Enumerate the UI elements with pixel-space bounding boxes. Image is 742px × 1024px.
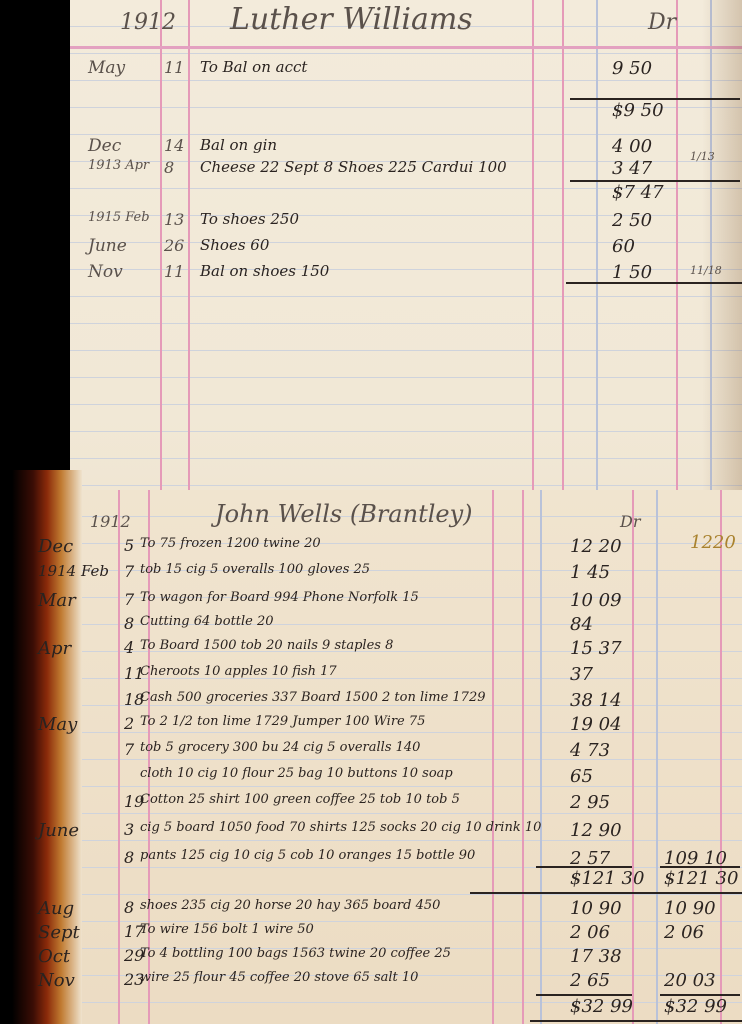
debit-amount: 4 73 [570,740,610,761]
credit-total: $121 30 [664,868,738,889]
debit-amount: 84 [570,614,593,635]
debit-amount: 10 90 [570,898,622,919]
credit-column-rule-lower [632,490,634,1024]
account-1-name: Luther Williams [230,2,473,37]
entry-month: 1913 Apr [88,158,149,173]
entry-month: June [88,236,127,256]
debit-amount: 19 04 [570,714,622,735]
account-2-year: 1912 [90,512,131,531]
entry-month: 1914 Feb [38,562,109,580]
account-2-credit-header: 1220 [690,532,736,553]
entry-description: To 4 bottling 100 bags 1563 twine 20 cof… [140,946,451,961]
entry-description: To shoes 250 [200,210,299,228]
entry-day: 26 [164,236,184,255]
entry-month: June [38,820,79,841]
entry-description: Cheese 22 Sept 8 Shoes 225 Cardui 100 [200,158,507,176]
entry-day: 7 [124,740,134,759]
debit-amount: 65 [570,766,593,787]
entry-description: To wagon for Board 994 Phone Norfolk 15 [140,590,419,605]
entry-month: Aug [38,898,74,919]
entry-day: 7 [124,590,134,609]
header-rule [70,46,742,49]
entry-description: Cutting 64 bottle 20 [140,614,274,629]
debit-amount: 37 [570,664,593,685]
debit-amount: 17 38 [570,946,622,967]
entry-description: wire 25 flour 45 coffee 20 stove 65 salt… [140,970,418,985]
debit-amount: 2 06 [570,922,610,943]
ledger-page-lower [30,490,742,1024]
account-1-year: 1912 [120,10,176,35]
entry-day: 3 [124,820,134,839]
debit-column-rule-lower [522,490,524,1024]
entry-description: tob 15 cig 5 overalls 100 gloves 25 [140,562,370,577]
date-column-rule-lower [118,490,120,1024]
side-note: 11/18 [690,264,722,277]
entry-total: $7 47 [612,182,664,203]
entry-day: 11 [164,58,184,77]
debit-amount: 12 90 [570,820,622,841]
closing-rule [530,1020,742,1022]
entry-description: Cotton 25 shirt 100 green coffee 25 tob … [140,792,460,807]
entry-month: Nov [38,970,75,991]
entry-month: Oct [38,946,70,967]
entry-day: 5 [124,536,134,555]
entry-month: Dec [38,536,73,557]
side-note: 1/13 [690,150,715,163]
credit-amount: 20 03 [664,970,716,991]
debit-total: $121 30 [570,868,644,889]
entry-month: Apr [38,638,71,659]
credit-amount: 10 90 [664,898,716,919]
entry-total: $9 50 [612,100,664,121]
credit-dollar-rule-lower [656,490,658,1024]
account-2-name: John Wells (Brantley) [215,500,473,528]
credit-total: $32 99 [664,996,727,1017]
desc-column-rule-lower [492,490,494,1024]
credit-end-rule-lower [720,490,722,1024]
entry-amount: 60 [612,236,635,257]
entry-month: Nov [88,262,123,282]
entry-day: 8 [164,158,174,177]
entry-day: 8 [124,614,134,633]
entry-description: To wire 156 bolt 1 wire 50 [140,922,314,937]
entry-description: To Board 1500 tob 20 nails 9 staples 8 [140,638,393,653]
entry-month: May [38,714,77,735]
account-1-side: Dr [648,10,676,35]
entry-description: cloth 10 cig 10 flour 25 bag 10 buttons … [140,766,453,781]
section-rule [470,892,742,894]
credit-amount: 2 06 [664,922,704,943]
entry-description: Bal on shoes 150 [200,262,329,280]
debit-amount: 12 20 [570,536,622,557]
entry-day: 11 [164,262,184,281]
debit-amount: 10 09 [570,590,622,611]
entry-day: 8 [124,848,134,867]
entry-description: pants 125 cig 10 cig 5 cob 10 oranges 15… [140,848,475,863]
entry-amount: 4 00 [612,136,652,157]
debit-amount: 38 14 [570,690,622,711]
entry-description: cig 5 board 1050 food 70 shirts 125 sock… [140,820,541,835]
closing-rule [566,282,742,284]
entry-amount: 1 50 [612,262,652,283]
debit-amount: 2 65 [570,970,610,991]
entry-day: 13 [164,210,184,229]
entry-day: 4 [124,638,134,657]
debit-total: $32 99 [570,996,633,1017]
entry-day: 14 [164,136,184,155]
entry-day: 7 [124,562,134,581]
entry-month: Mar [38,590,76,611]
entry-day: 2 [124,714,134,733]
debit-amount: 15 37 [570,638,622,659]
debit-amount: 2 95 [570,792,610,813]
entry-amount: 2 50 [612,210,652,231]
entry-description: Shoes 60 [200,236,269,254]
entry-description: To 75 frozen 1200 twine 20 [140,536,321,551]
entry-month: 1915 Feb [88,210,150,225]
entry-description: Bal on gin [200,136,277,154]
entry-description: tob 5 grocery 300 bu 24 cig 5 overalls 1… [140,740,420,755]
entry-month: May [88,58,125,78]
ruled-lines-lower [30,490,742,1024]
entry-description: Cheroots 10 apples 10 fish 17 [140,664,337,679]
entry-description: To Bal on acct [200,58,307,76]
entry-month: Sept [38,922,80,943]
entry-amount: 3 47 [612,158,652,179]
entry-description: shoes 235 cig 20 horse 20 hay 365 board … [140,898,440,913]
debit-amount: 1 45 [570,562,610,583]
entry-amount: 9 50 [612,58,652,79]
debit-dollar-rule-lower [540,490,542,1024]
entry-month: Dec [88,136,121,156]
entry-description: Cash 500 groceries 337 Board 1500 2 ton … [140,690,486,705]
entry-description: To 2 1/2 ton lime 1729 Jumper 100 Wire 7… [140,714,425,729]
account-2-side: Dr [620,512,640,531]
entry-day: 8 [124,898,134,917]
